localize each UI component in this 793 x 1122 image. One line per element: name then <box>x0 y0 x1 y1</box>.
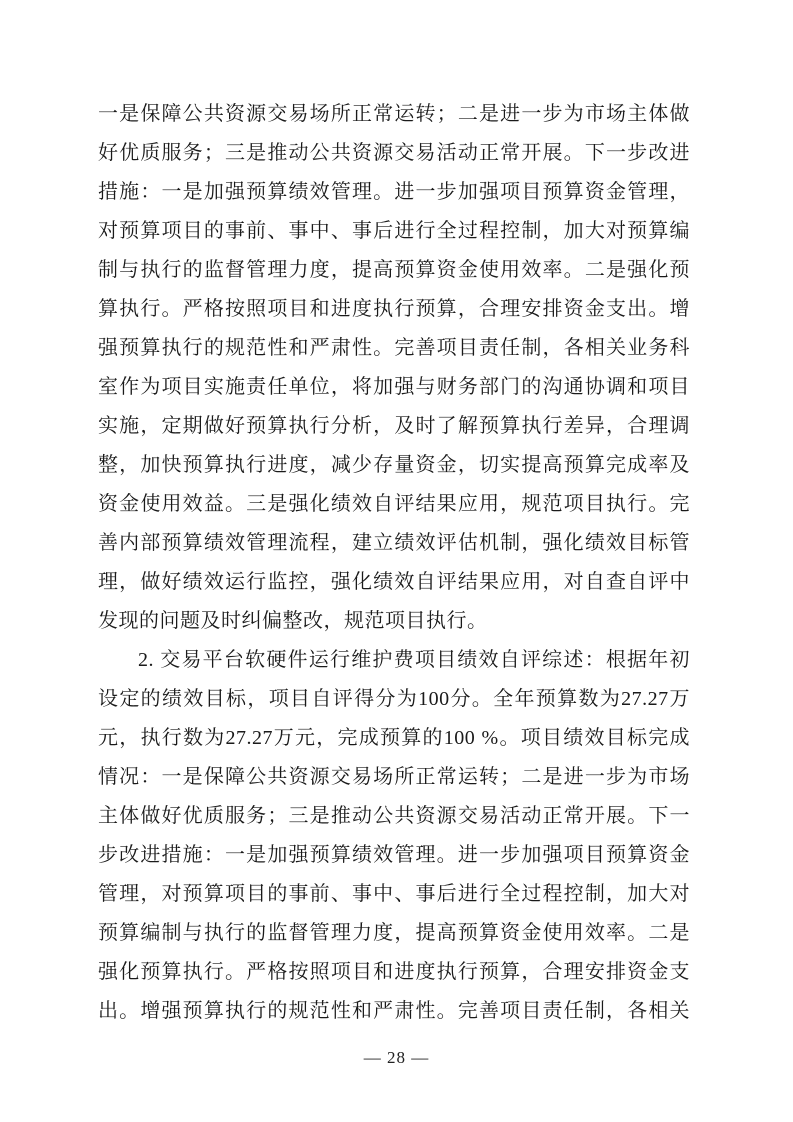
document-page: 一是保障公共资源交易场所正常运转；二是进一步为市场主体做 好优质服务；三是推动公… <box>0 0 793 1122</box>
text-line-paragraph-start: 2. 交易平台软硬件运行维护费项目绩效自评综述：根据年初 <box>98 641 690 680</box>
text-line: 情况：一是保障公共资源交易场所正常运转；二是进一步为市场 <box>98 758 690 797</box>
text-line: 算执行。严格按照项目和进度执行预算，合理安排资金支出。增 <box>98 290 690 329</box>
text-line: 强预算执行的规范性和严肃性。完善项目责任制，各相关业务科 <box>98 329 690 368</box>
text-line: 理，做好绩效运行监控，强化绩效自评结果应用，对自查自评中 <box>98 563 690 602</box>
text-line: 整，加快预算执行进度，减少存量资金，切实提高预算完成率及 <box>98 446 690 485</box>
text-line: 资金使用效益。三是强化绩效自评结果应用，规范项目执行。完 <box>98 485 690 524</box>
document-body: 一是保障公共资源交易场所正常运转；二是进一步为市场主体做 好优质服务；三是推动公… <box>98 95 690 1031</box>
text-line: 主体做好优质服务；三是推动公共资源交易活动正常开展。下一 <box>98 797 690 836</box>
page-number: — 28 — <box>0 1046 793 1070</box>
text-line: 一是保障公共资源交易场所正常运转；二是进一步为市场主体做 <box>98 95 690 134</box>
text-line: 管理，对预算项目的事前、事中、事后进行全过程控制，加大对 <box>98 875 690 914</box>
text-line: 预算编制与执行的监督管理力度，提高预算资金使用效率。二是 <box>98 914 690 953</box>
text-line: 对预算项目的事前、事中、事后进行全过程控制，加大对预算编 <box>98 212 690 251</box>
text-line-paragraph-end: 发现的问题及时纠偏整改，规范项目执行。 <box>98 602 690 641</box>
text-line: 实施，定期做好预算执行分析，及时了解预算执行差异，合理调 <box>98 407 690 446</box>
text-line: 元，执行数为27.27万元，完成预算的100 %。项目绩效目标完成 <box>98 719 690 758</box>
text-line: 室作为项目实施责任单位，将加强与财务部门的沟通协调和项目 <box>98 368 690 407</box>
text-line: 好优质服务；三是推动公共资源交易活动正常开展。下一步改进 <box>98 134 690 173</box>
text-line: 强化预算执行。严格按照项目和进度执行预算，合理安排资金支 <box>98 953 690 992</box>
text-line: 制与执行的监督管理力度，提高预算资金使用效率。二是强化预 <box>98 251 690 290</box>
text-line: 步改进措施：一是加强预算绩效管理。进一步加强项目预算资金 <box>98 836 690 875</box>
text-line: 善内部预算绩效管理流程，建立绩效评估机制，强化绩效目标管 <box>98 524 690 563</box>
text-line: 出。增强预算执行的规范性和严肃性。完善项目责任制，各相关 <box>98 992 690 1031</box>
text-line: 措施：一是加强预算绩效管理。进一步加强项目预算资金管理， <box>98 173 690 212</box>
text-line: 设定的绩效目标，项目自评得分为100分。全年预算数为27.27万 <box>98 680 690 719</box>
